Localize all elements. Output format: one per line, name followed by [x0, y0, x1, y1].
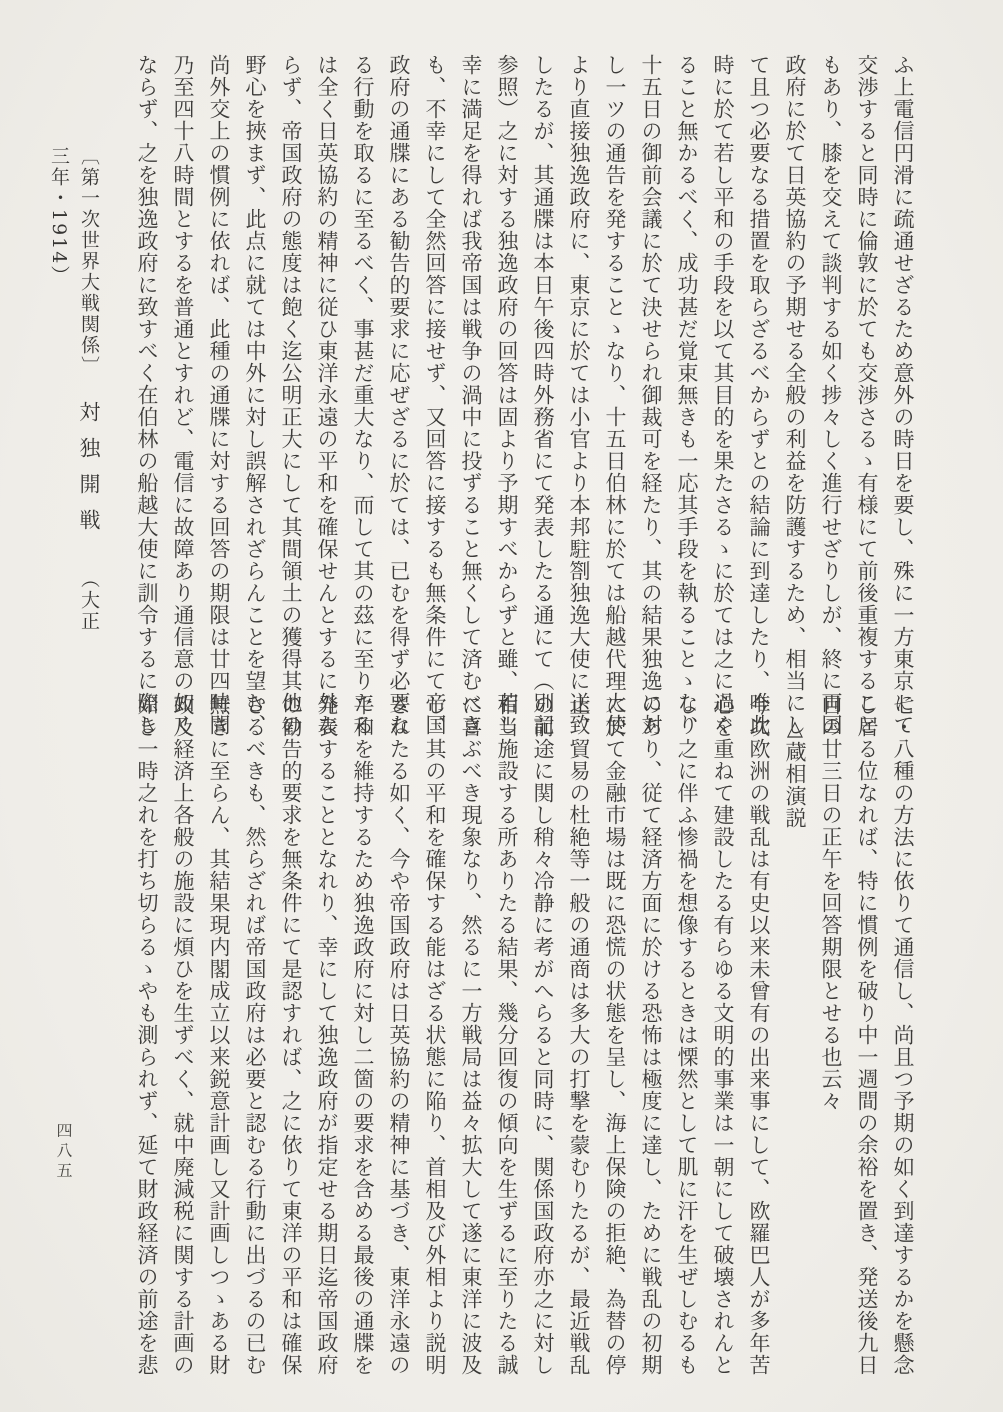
text-column: 発表することとなれり、幸にして独逸政府が指定せる期日迄帝国政府 — [309, 694, 345, 1322]
text-column: の前途に関し稍々冷静に考がへらると同時に、関係国政府亦之に対し — [525, 694, 561, 1322]
text-column: らず、帝国政府の態度は飽く迄公明正大にして其間領土の獲得其他の — [273, 54, 309, 676]
text-column: し居る位なれば、特に慣例を破り中一週間の余裕を置き、発送後九日 — [849, 694, 885, 1322]
text-column: 如き一時之れを打ち切らるゝやも測られず、延て財政経済の前途を悲 — [129, 694, 165, 1322]
text-column: 参照）之に対する独逸政府の回答は固より予期すべからずと雖、若し — [489, 54, 525, 676]
text-column: のあり、従て経済方面に於ける恐怖は極度に達し、ために戦乱の初期 — [633, 694, 669, 1322]
text-column: △蔵相演説 — [777, 694, 813, 1322]
text-column: ならず、之を独逸政府に致すべく在伯林の船越大使に訓令するに際し — [129, 54, 165, 676]
text-column: 交渉すると同時に倫敦に於ても交渉さるゝ有様にて前後重複すること — [849, 54, 885, 676]
upper-register: ふ上電信円滑に疏通せざるため意外の時日を要し、殊に一方東京にて交渉すると同時に倫… — [129, 54, 921, 676]
text-column: 政府に於て日英協約の予期せる全般の利益を防護するため、相当にし — [777, 54, 813, 676]
text-column: 政及経済上各般の施設に煩ひを生ずべく、就中廃減税に関する計画の — [165, 694, 201, 1322]
text-column: さるべきも、然らざれば帝国政府は必要と認むる行動に出づるの已む — [237, 694, 273, 1322]
text-column: 相当施設する所ありたる結果、幾分回復の傾向を生ずるに至りたる誠 — [489, 694, 525, 1322]
page-number: 四八五 — [52, 1122, 75, 1182]
upper-register-columns: ふ上電信円滑に疏通せざるため意外の時日を要し、殊に一方東京にて交渉すると同時に倫… — [129, 54, 921, 676]
text-column: る行動を取るに至るべく、事甚だ重大なり、而して其の茲に至りたる — [345, 54, 381, 676]
text-column: の勧告的要求を無条件にて是認すれば、之に依りて東洋の平和は確保 — [273, 694, 309, 1322]
section-heading: 〔第一次世界大戦関係〕対独開戦（大正三年・1914） — [44, 146, 104, 646]
text-column: したるが、其通牒は本日午後四時外務省にて発表したる通にて（別記 — [525, 54, 561, 676]
text-column: 無きに至らん、其結果現内閣成立以来鋭意計画し又計画しつゝある財 — [201, 694, 237, 1322]
text-column: 今次欧洲の戦乱は有史以来未曾有の出来事にして、欧羅巴人が多年苦 — [741, 694, 777, 1322]
text-column: 心を重ねて建設したる有らゆる文明的事業は一朝にして破壊されんと — [705, 694, 741, 1322]
section-heading-title: 対独開戦 — [77, 401, 101, 545]
section-heading-bracket: 〔第一次世界大戦関係〕 — [78, 146, 100, 377]
text-column: は全く日英協約の精神に従ひ東洋永遠の平和を確保せんとするに外な — [309, 54, 345, 676]
text-column: て且つ必要なる措置を取らざるべからずとの結論に到達したり、唯此 — [741, 54, 777, 676]
text-column: に喜ぶべき現象なり、然るに一方戦局は益々拡大して遂に東洋に波及 — [453, 694, 489, 1322]
text-column: 尚外交上の慣例に依れば、此種の通牒に対する回答の期限は廿四時間 — [201, 54, 237, 676]
text-column: し、其の平和を確保する能はざる状態に陥り、首相及び外相より説明 — [417, 694, 453, 1322]
text-column: 幸に満足を得れば我帝国は戦争の渦中に投ずること無くして済むべき — [453, 54, 489, 676]
text-column: し、之に伴ふ惨禍を想像するときは慄然として肌に汗を生ぜしむるも — [669, 694, 705, 1322]
text-column: 七・八種の方法に依りて通信し、尚且つ予期の如く到達するかを懸念 — [885, 694, 921, 1322]
text-column: 平和を維持するため独逸政府に対し二箇の要求を含める最後の通牒を — [345, 694, 381, 1322]
text-column: ふ上電信円滑に疏通せざるため意外の時日を要し、殊に一方東京にて — [885, 54, 921, 676]
text-column: 野心を挾まず、此点に就ては中外に対し誤解されざらんことを望む、 — [237, 54, 273, 676]
text-column: もあり、膝を交えて談判する如く捗々しく進行せざりしが、終に両国 — [813, 54, 849, 676]
lower-register-columns: 七・八種の方法に依りて通信し、尚且つ予期の如く到達するかを懸念し居る位なれば、特… — [129, 694, 921, 1322]
text-column: に於て金融市場は既に恐慌の状態を呈し、海上保険の拒絶、為替の停 — [597, 694, 633, 1322]
text-column: 止、貿易の杜絶等一般の通商は多大の打撃を蒙むりたるが、最近戦乱 — [561, 694, 597, 1322]
text-column: も、不幸にして全然回答に接せず、又回答に接するも無条件にて帝国 — [417, 54, 453, 676]
text-column: ること無かるべく、成功甚だ覚束無きも一応其手段を執ることゝなり — [669, 54, 705, 676]
text-column: 時に於て若し平和の手段を以て其目的を果たさるゝに於ては之に過ぐ — [705, 54, 741, 676]
text-column: 目の廿三日の正午を回答期限とせる也云々 — [813, 694, 849, 1322]
text-column: 十五日の御前会議に於て決せられ御裁可を経たり、其の結果独逸に対 — [633, 54, 669, 676]
text-column: 政府の通牒にある勧告的要求に応ぜざるに於ては、已むを得ず必要な — [381, 54, 417, 676]
lower-register: 七・八種の方法に依りて通信し、尚且つ予期の如く到達するかを懸念し居る位なれば、特… — [129, 694, 921, 1322]
text-column: されたる如く、今や帝国政府は日英協約の精神に基づき、東洋永遠の — [381, 694, 417, 1322]
text-column: より直接独逸政府に、東京に於ては小官より本邦駐劄独逸大使に送致 — [561, 54, 597, 676]
document-page: ふ上電信円滑に疏通せざるため意外の時日を要し、殊に一方東京にて交渉すると同時に倫… — [0, 0, 1003, 1412]
text-column: し一ツの通告を発することゝなり、十五日伯林に於ては船越代理大使 — [597, 54, 633, 676]
text-column: 乃至四十八時間とするを普通とすれど、電信に故障あり通信意の如く — [165, 54, 201, 676]
